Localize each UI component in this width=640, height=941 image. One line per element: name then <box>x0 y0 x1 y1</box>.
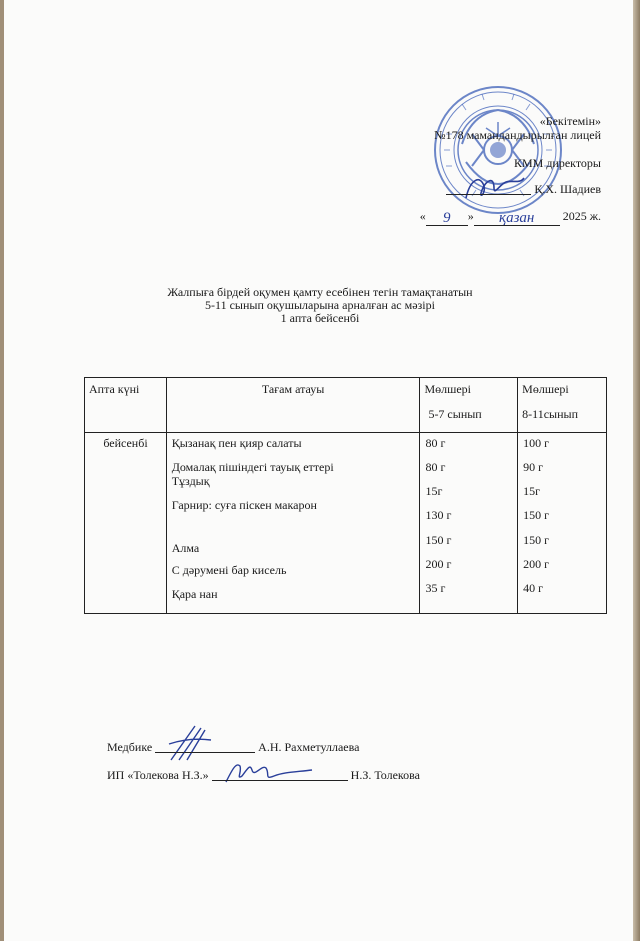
header-qty-8-11: Мөлшері 8-11сынып <box>518 378 607 433</box>
day-label: бейсенбі <box>85 436 166 451</box>
dish-cell: Қызанақ пен қияр салатыДомалақ пішіндегі… <box>166 433 420 614</box>
date-year: 2025 ж. <box>563 209 601 223</box>
header-day: Апта күні <box>85 378 167 433</box>
nurse-name: А.Н. Рахметуллаева <box>258 740 359 754</box>
nurse-signature-line: Медбике А.Н. Рахметуллаева <box>107 740 359 755</box>
title-line-3: 1 апта бейсенбі <box>0 312 640 325</box>
dish-name: С дәрумені бар кисель <box>172 563 287 578</box>
menu-table: Апта күні Тағам атауы Мөлшері 5-7 сынып … <box>84 377 607 614</box>
dish-name: Қара нан <box>172 587 218 602</box>
qty-value: 35 г <box>425 581 445 596</box>
qty-value: 40 г <box>523 581 543 596</box>
header-dish: Тағам атауы <box>166 378 420 433</box>
header-qty-title: Мөлшері <box>424 382 471 396</box>
table-row: бейсенбі Қызанақ пен қияр салатыДомалақ … <box>85 433 607 614</box>
qty-value: 200 г <box>523 557 549 572</box>
qty-8-11-cell: 100 г90 г15г150 г150 г200 г40 г <box>518 433 607 614</box>
approval-school: №178 мамандандырылған лицей <box>434 128 601 142</box>
dish-name: Домалақ пішіндегі тауық еттері <box>172 460 334 475</box>
qty-value: 150 г <box>523 508 549 523</box>
approval-signer: Қ.Х. Шадиев <box>446 182 601 196</box>
approval-date: «9»қазан 2025 ж. <box>420 209 601 226</box>
qty-value: 130 г <box>425 508 451 523</box>
qty-value: 15г <box>523 484 540 499</box>
ip-signature-line: ИП «Толекова Н.З.» Н.З. Толекова <box>107 768 420 783</box>
approval-heading: «Бекітемін» <box>540 114 601 128</box>
page-edge <box>633 0 640 941</box>
document-title: Жалпыға бірдей оқумен қамту есебінен тег… <box>0 286 640 325</box>
date-day: 9 <box>426 211 468 226</box>
approval-position: КММ директоры <box>514 156 601 170</box>
dish-name: Тұздық <box>172 474 210 489</box>
dish-name: Алма <box>172 541 200 556</box>
director-name: Қ.Х. Шадиев <box>534 182 601 196</box>
ip-role: ИП «Толекова Н.З.» <box>107 768 209 782</box>
qty-value: 15г <box>425 484 442 499</box>
qty-value: 80 г <box>425 436 445 451</box>
day-cell: бейсенбі <box>85 433 167 614</box>
dish-name: Қызанақ пен қияр салаты <box>172 436 302 451</box>
qty-value: 150 г <box>425 533 451 548</box>
header-qty-5-7: Мөлшері 5-7 сынып <box>420 378 518 433</box>
qty-5-7-cell: 80 г80 г15г130 г150 г200 г35 г <box>420 433 518 614</box>
header-qty-sub: 5-7 сынып <box>424 407 513 422</box>
qty-value: 150 г <box>523 533 549 548</box>
qty-value: 100 г <box>523 436 549 451</box>
table-header-row: Апта күні Тағам атауы Мөлшері 5-7 сынып … <box>85 378 607 433</box>
date-month: қазан <box>474 211 560 226</box>
qty-value: 90 г <box>523 460 543 475</box>
dish-name: Гарнир: суға піскен макарон <box>172 498 317 513</box>
header-qty-title: Мөлшері <box>522 382 569 396</box>
qty-value: 200 г <box>425 557 451 572</box>
header-qty-sub: 8-11сынып <box>522 407 602 422</box>
ip-name: Н.З. Толекова <box>351 768 420 782</box>
qty-value: 80 г <box>425 460 445 475</box>
nurse-role: Медбике <box>107 740 152 754</box>
